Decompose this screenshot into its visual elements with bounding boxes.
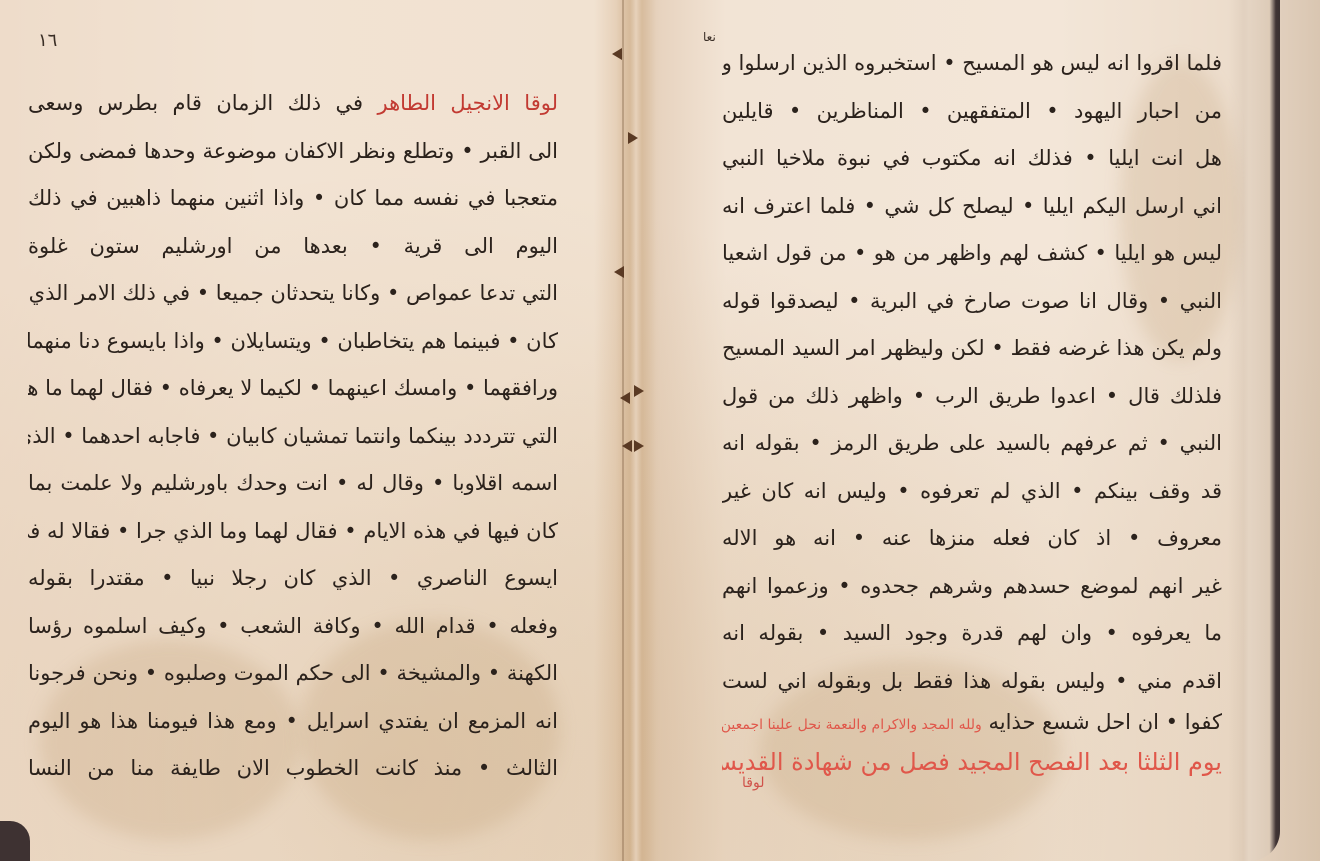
rubric-heading: لوقا الانجيل الطاهر [378,91,559,115]
text-line: ورافقهما • وامسك اعينهما • لكيما لا يعرف… [28,365,558,413]
text-line: معروف • اذ كان فعله منزها عنه • انه هو ا… [722,515,1222,563]
text-line: وفعله • قدام الله • وكافة الشعب • وكيف ا… [28,603,558,651]
folio-number: ١٦ [38,30,57,51]
text-line: قد وقف بينكم • الذي لم تعرفوه • وليس انه… [722,468,1222,516]
catchword: لوقا [742,775,764,791]
text-line: كان • فبينما هم يتخاطبان • ويتسايلان • و… [28,318,558,366]
text-line: هل انت ايليا • فذلك انه مكتوب في نبوة مل… [722,135,1222,183]
rubric-heading: يوم الثلثا بعد الفصح المجيد فصل من شهادة… [722,739,1222,787]
text-line: ما يعرفوه • وان لهم قدرة وجود السيد • بق… [722,610,1222,658]
text-line: اليوم الى قرية • بعدها من اورشليم ستون غ… [28,223,558,271]
text-line: اسمه اقلاوبا • وقال له • انت وحدك باورشل… [28,460,558,508]
left-page-text: لوقا الانجيل الطاهر في ذلك الزمان قام بط… [28,80,558,793]
margin-note: نعا [703,30,716,44]
text-line: كان فيها في هذه الايام • فقال لهما وما ا… [28,508,558,556]
binding-stitch [620,392,630,404]
page-edge [1228,0,1280,861]
text-line: الكهنة • والمشيخة • الى حكم الموت وصلبوه… [28,650,558,698]
text-line: التي تدعا عمواص • وكانا يتحدثان جميعا • … [28,270,558,318]
text-line: اقدم مني • وليس بقوله هذا فقط بل وبقوله … [722,658,1222,706]
text-line: فلذلك قال • اعدوا طريق الرب • واظهر ذلك … [722,373,1222,421]
text-line: النبي • ثم عرفهم بالسيد على طريق الرمز •… [722,420,1222,468]
text-line: الثالث • منذ كانت الخطوب الان طايفة منا … [28,745,558,793]
text-line: فلما اقروا انه ليس هو المسيح • استخبروه … [722,40,1222,88]
text-line: لوقا الانجيل الطاهر في ذلك الزمان قام بط… [28,80,558,128]
text-line: من احبار اليهود • المتفقهين • المناظرين … [722,88,1222,136]
text-line: اني ارسل اليكم ايليا • ليصلح كل شي • فلم… [722,183,1222,231]
binding-stitch [628,132,638,144]
text-line: ايسوع الناصري • الذي كان رجلا نبيا • مقت… [28,555,558,603]
binding-fold [622,0,624,861]
left-page: ١٦ لوقا الانجيل الطاهر في ذلك الزمان قام… [0,0,620,861]
text-line: ولم يكن هذا غرضه فقط • لكن وليظهر امر ال… [722,325,1222,373]
text-line: غير انهم لموضع حسدهم وشرهم جحدوه • وزعمو… [722,563,1222,611]
closing-doxology: ولله المجد والاكرام والنعمة نحل علينا اج… [722,717,982,733]
binding-stitch [622,440,632,452]
text-line: كفوا • ان احل شسع حذايه ولله المجد والاك… [722,705,1222,739]
text-line: انه المزمع ان يفتدي اسرايل • ومع هذا فيو… [28,698,558,746]
text-line: التي تترددد بينكما وانتما تمشيان كابيان … [28,413,558,461]
right-page-text: فلما اقروا انه ليس هو المسيح • استخبروه … [722,40,1222,787]
text-line: ليس هو ايليا • كشف لهم واظهر من هو • من … [722,230,1222,278]
torn-corner [0,821,30,861]
text-line: النبي • وقال انا صوت صارخ في البرية • لي… [722,278,1222,326]
text-line: الى القبر • وتطلع ونظر الاكفان موضوعة وح… [28,128,558,176]
text-line: متعجبا في نفسه مما كان • واذا اثنين منهم… [28,175,558,223]
manuscript-spread: ١٦ لوقا الانجيل الطاهر في ذلك الزمان قام… [0,0,1320,861]
